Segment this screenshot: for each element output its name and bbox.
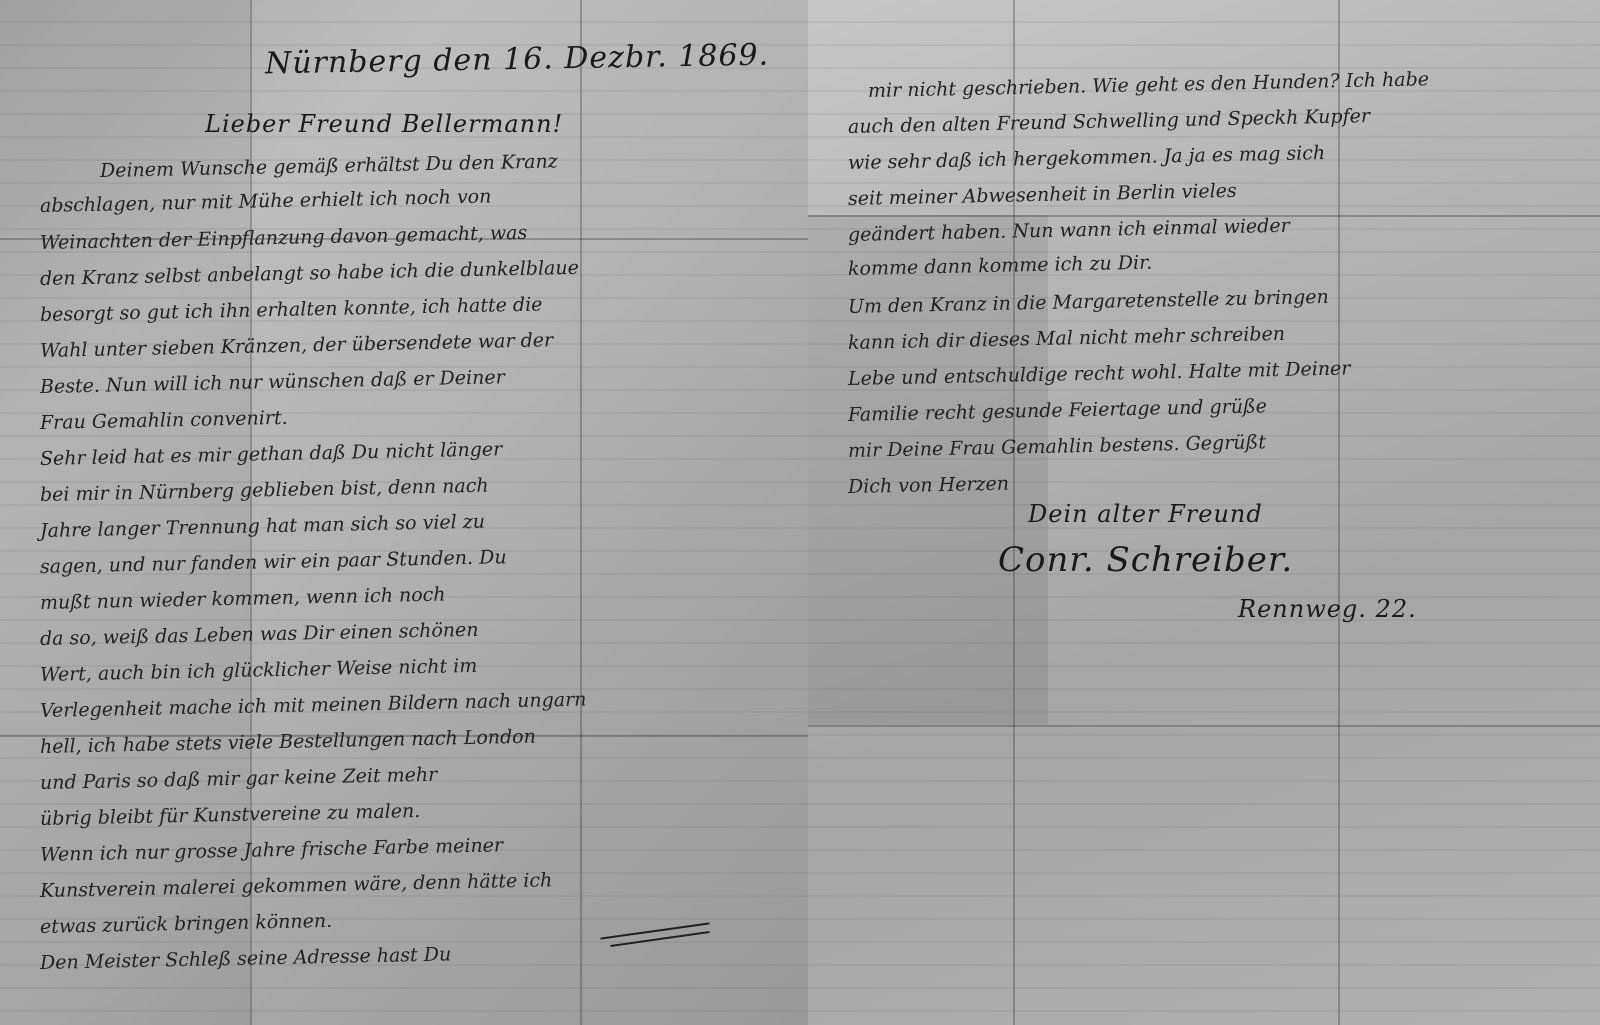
- dateline: Nürnberg den 16. Dezbr. 1869.: [265, 38, 770, 82]
- underline-flourish: [600, 922, 709, 939]
- address: Rennweg. 22.: [1238, 595, 1417, 623]
- fold-line: [580, 0, 582, 1025]
- text-line: etwas zurück bringen können.: [40, 910, 333, 938]
- page-shadow: [808, 215, 1048, 725]
- text-line: auch den alten Freund Schwelling und Spe…: [848, 105, 1370, 138]
- signature: Conr. Schreiber.: [998, 540, 1293, 580]
- letter-page-left: Nürnberg den 16. Dezbr. 1869. Lieber Fre…: [0, 0, 808, 1025]
- text-line: seit meiner Abwesenheit in Berlin vieles: [848, 180, 1237, 210]
- salutation: Lieber Freund Bellermann!: [205, 110, 563, 138]
- fold-line: [808, 725, 1600, 727]
- text-line: Dich von Herzen: [848, 473, 1010, 498]
- text-line: wie sehr daß ich hergekommen. Ja ja es m…: [848, 142, 1326, 174]
- fold-line: [1338, 0, 1340, 1025]
- closing: Dein alter Freund: [1028, 500, 1263, 528]
- page-shadow: [0, 0, 250, 1025]
- fold-line: [250, 0, 252, 1025]
- letter-page-right: mir nicht geschrieben. Wie geht es den H…: [808, 0, 1600, 1025]
- text-line: mir nicht geschrieben. Wie geht es den H…: [868, 68, 1429, 102]
